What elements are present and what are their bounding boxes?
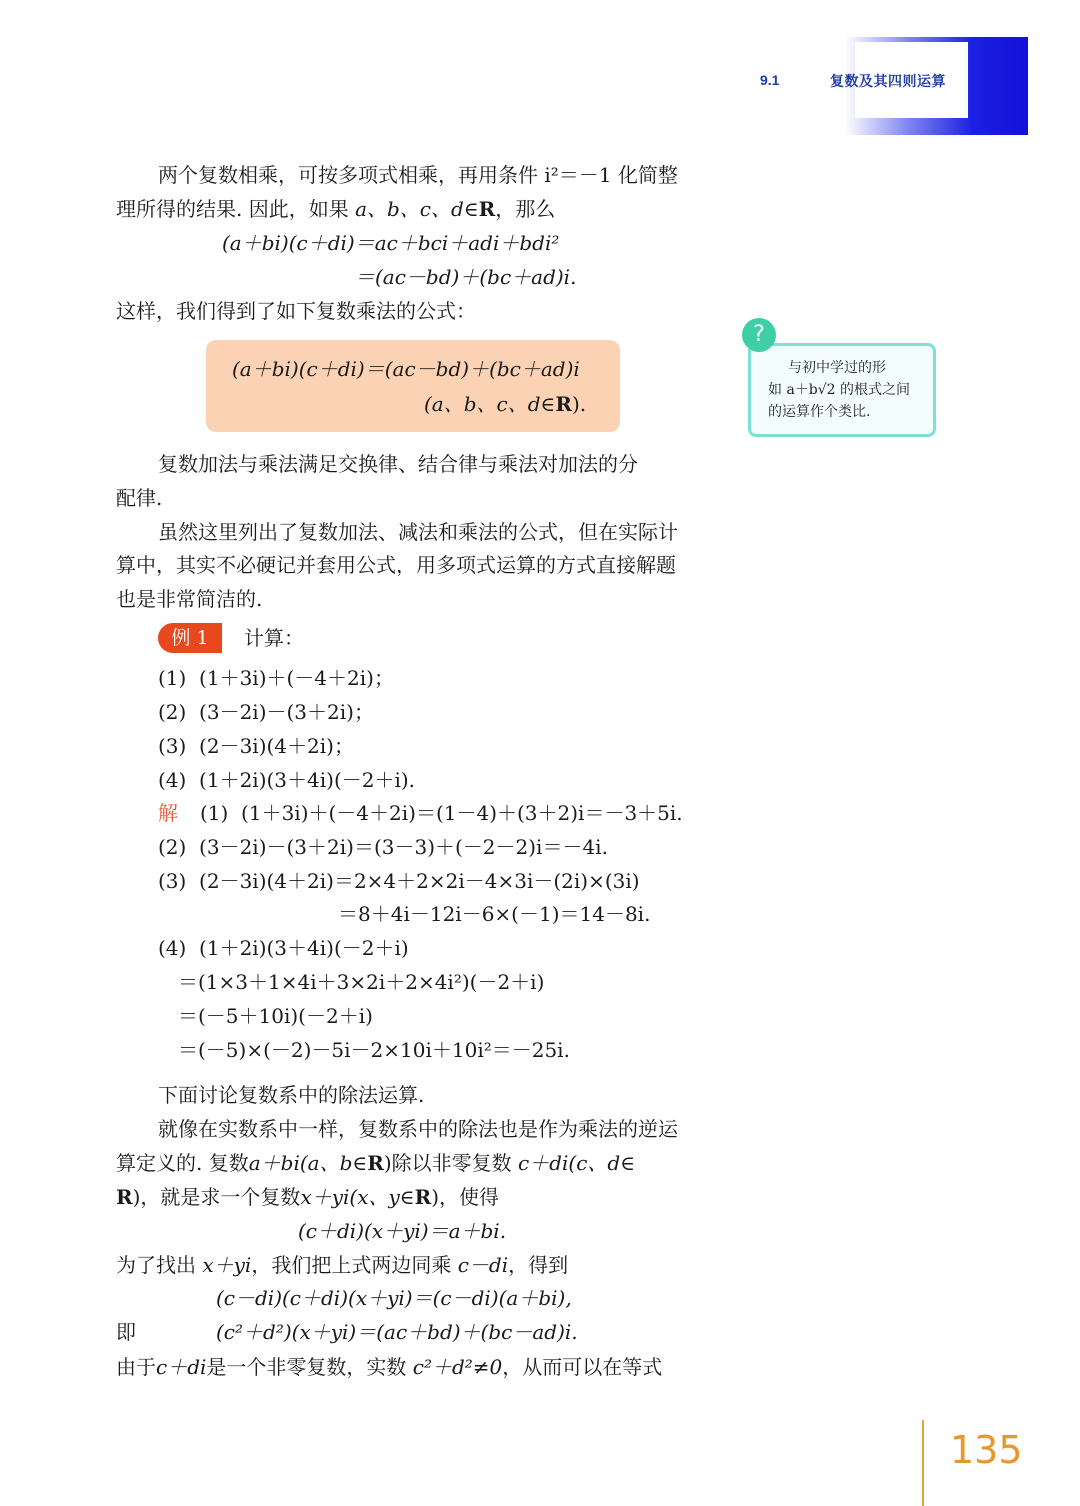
formula-box [206,340,620,432]
solution-3-line-1: (3) (2－3i)(4＋2i)＝2×4＋2×2i－4×3i－(2i)×(3i) [158,869,640,893]
real-set-symbol: R [415,1185,432,1209]
tip-line-1: 与初中学过的形 [788,358,886,379]
solution-mark: 解 [158,801,178,825]
tip-line-3: 的运算作个类比. [768,402,870,423]
text: ). [572,392,586,416]
question-icon: ? [742,318,776,352]
text: 为了找出 [116,1253,202,1277]
text: 是一个非零复数，实数 [206,1355,412,1379]
text: )除以非零复数 [384,1151,518,1175]
paragraph-6-line-2: 算定义的. 复数a＋bi(a、b∈R)除以非零复数 c＋di(c、d∈ [116,1151,635,1175]
text: )，就是求一个复数 [133,1185,301,1209]
real-set-symbol: R [555,392,572,416]
example-prompt: 计算： [244,626,304,650]
text: 算定义的. 复数 [116,1151,249,1175]
paragraph-1-line-1: 两个复数相乘，可按多项式相乘，再用条件 i²＝－1 化简整 [158,163,678,187]
math: c－di [458,1253,508,1277]
text: 理所得的结果. 因此，如果 [116,197,355,221]
solution-1: (1) (1＋3i)＋(－4＋2i)＝(1－4)＋(3＋2)i＝－3＋5i. [200,801,683,825]
paragraph-6-line-3: R)，就是求一个复数x＋yi(x、y∈R)，使得 [116,1185,499,1209]
section-title: 复数及其四则运算 [830,71,946,91]
math: (x、y∈ [349,1185,414,1209]
math: (a、b∈ [300,1151,367,1175]
paragraph-8: 由于c＋di是一个非零复数，实数 c²＋d²≠0，从而可以在等式 [116,1355,662,1379]
math-vars: (a、b、c、d∈ [424,392,555,416]
section-number: 9.1 [760,72,779,88]
text: ，从而可以在等式 [502,1355,662,1379]
paragraph-3-line-2: 配律. [116,486,162,510]
problem-4: (4) (1＋2i)(3＋4i)(－2＋i). [158,768,415,792]
paragraph-4-line-1: 虽然这里列出了复数加法、减法和乘法的公式，但在实际计 [158,520,678,544]
page-number-rule [922,1420,924,1506]
real-set-symbol: R [367,1151,384,1175]
solution-3-line-2: ＝8＋4i－12i－6×(－1)＝14－8i. [338,902,650,926]
example-badge: 例 1 [158,623,222,653]
problem-3: (3) (2－3i)(4＋2i)； [158,734,354,758]
math: (c、d∈ [568,1151,635,1175]
math-in: ∈ [464,197,479,221]
page-number: 135 [950,1428,1023,1472]
text: )，使得 [431,1185,499,1209]
solution-4-line-2: ＝(1×3＋1×4i＋3×2i＋2×4i²)(－2＋i) [178,970,544,994]
paragraph-4-line-3: 也是非常简洁的. [116,587,262,611]
paragraph-4-line-2: 算中，其实不必硬记并套用公式，用多项式运算的方式直接解题 [116,553,676,577]
problem-1: (1) (1＋3i)＋(－4＋2i)； [158,666,394,690]
real-set-symbol: R [479,197,496,221]
paragraph-1-line-2: 理所得的结果. 因此，如果 a、b、c、d∈R，那么 [116,197,555,221]
tip-line-2: 如 a＋b√2 的根式之间 [768,380,910,401]
equation-2: (c＋di)(x＋yi)＝a＋bi. [298,1219,506,1243]
paragraph-2: 这样，我们得到了如下复数乘法的公式： [116,299,476,323]
math: c＋di [518,1151,568,1175]
equation-4: (c²＋d²)(x＋yi)＝(ac＋bd)＋(bc－ad)i. [216,1320,578,1344]
solution-2: (2) (3－2i)－(3＋2i)＝(3－3)＋(－2－2)i＝－4i. [158,835,608,859]
text: 由于 [116,1355,156,1379]
math: c²＋d²≠0 [413,1355,503,1379]
equation-1-line-1: (a＋bi)(c＋di)＝ac＋bci＋adi＋bdi² [222,231,559,255]
solution-4-line-3: ＝(－5＋10i)(－2＋i) [178,1004,373,1028]
text: ，得到 [508,1253,568,1277]
formula-line-1: (a＋bi)(c＋di)＝(ac－bd)＋(bc＋ad)i [232,357,580,381]
equation-4-label: 即 [116,1320,136,1344]
paragraph-5: 下面讨论复数系中的除法运算. [158,1083,424,1107]
paragraph-3-line-1: 复数加法与乘法满足交换律、结合律与乘法对加法的分 [158,452,638,476]
math-vars: a、b、c、d [355,197,464,221]
problem-2: (2) (3－2i)－(3＋2i)； [158,700,374,724]
equation-1-line-2: ＝(ac－bd)＋(bc＋ad)i. [355,265,576,289]
math: x＋yi [202,1253,251,1277]
solution-4-line-4: ＝(－5)×(－2)－5i－2×10i＋10i²＝－25i. [178,1038,570,1062]
equation-3: (c－di)(c＋di)(x＋yi)＝(c－di)(a＋bi), [216,1286,572,1310]
paragraph-6-line-1: 就像在实数系中一样，复数系中的除法也是作为乘法的逆运 [158,1117,678,1141]
real-set-symbol: R [116,1185,133,1209]
formula-line-2: (a、b、c、d∈R). [424,392,586,416]
math: x＋yi [300,1185,349,1209]
math: a＋bi [249,1151,300,1175]
text: ，我们把上式两边同乘 [251,1253,457,1277]
math: c＋di [156,1355,206,1379]
solution-4-line-1: (4) (1＋2i)(3＋4i)(－2＋i) [158,936,409,960]
paragraph-7: 为了找出 x＋yi，我们把上式两边同乘 c－di，得到 [116,1253,568,1277]
text: ，那么 [495,197,555,221]
